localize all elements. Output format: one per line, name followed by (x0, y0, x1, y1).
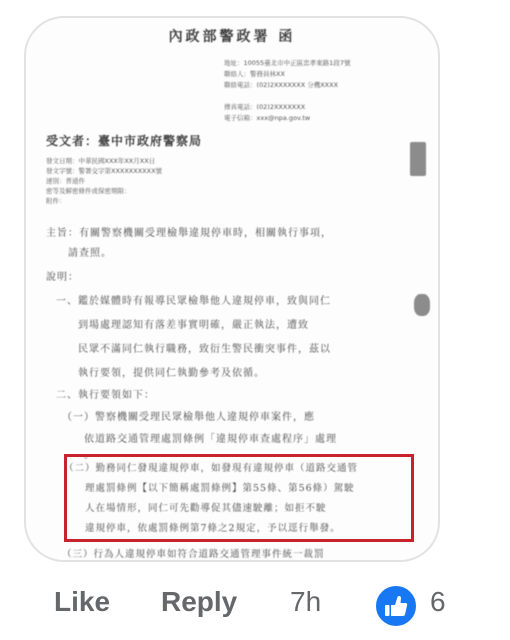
blank-line (224, 91, 350, 102)
meta-line: 速別：普通件 (46, 176, 162, 186)
item-two-sub3-line: （三）行為人違規停車如符合道路交通管理事件統一裁罰 (62, 546, 325, 560)
attached-document-photo[interactable]: 內政部警政署 函 地址：10055臺北市中正區忠孝東路1段7號 聯絡人：警務員林… (24, 16, 440, 562)
item-one-line: 民眾不滿同仁執行職務，致衍生警民衝突事件，茲以 (56, 340, 331, 355)
address-block: 地址：10055臺北市中正區忠孝東路1段7號 聯絡人：警務員林XX 聯絡電話：(… (224, 58, 350, 124)
comment-actions: Like Reply 7h 6 (0, 582, 510, 628)
seal-stamp-icon (414, 294, 430, 316)
explanation-label: 說明： (46, 268, 79, 283)
reaction-count[interactable]: 6 (430, 586, 446, 618)
like-button[interactable]: Like (54, 586, 110, 618)
recipient-line: 受文者：臺中市政府警察局 (46, 132, 202, 149)
meta-line: 發文日期：中華民國XXX年XX月XX日 (46, 156, 162, 166)
document-title: 內政部警政署 函 (26, 26, 438, 46)
subject-line: 主旨：有關警察機關受理檢舉違規停車時，相關執行事項， (46, 224, 332, 239)
thumbs-up-icon[interactable] (374, 584, 418, 628)
item-one-line: 到場處理認知有落差事實明確，嚴正執法，遭致 (56, 316, 309, 331)
document-meta: 發文日期：中華民國XXX年XX月XX日 發文字號：警署交字第XXXXXXXXXX… (46, 156, 162, 206)
red-highlight-box (64, 454, 414, 542)
item-one-line: 執行要領，提供同仁執勤參考及依循。 (56, 364, 265, 379)
phone-line: 聯絡電話：(02)2XXXXXXX 分機XXXX (224, 80, 350, 91)
fax-line: 傳真電話：(02)2XXXXXXX (224, 102, 350, 113)
item-two-sub-line: （一）警察機關受理民眾檢舉他人違規停車案件，應 (62, 408, 315, 423)
meta-line: 密等及解密條件或保密期限： (46, 186, 162, 196)
item-two-label: 二、執行要領如下： (56, 386, 155, 401)
seal-stamp-icon (410, 142, 426, 176)
meta-line: 發文字號：警署交字第XXXXXXXXXX號 (46, 166, 162, 176)
item-one-line: 一、鑑於媒體時有報導民眾檢舉他人違規停車，致與同仁 (56, 292, 331, 307)
contact-line: 聯絡人：警務員林XX (224, 69, 350, 80)
email-line: 電子信箱：xxx@npa.gov.tw (224, 113, 350, 124)
reply-button[interactable]: Reply (161, 586, 237, 618)
item-two-sub-line: 依道路交通管理處罰條例「違規停車查處程序」處理 (62, 430, 337, 445)
timestamp[interactable]: 7h (290, 586, 321, 618)
meta-line: 附件： (46, 196, 162, 206)
address-line: 地址：10055臺北市中正區忠孝東路1段7號 (224, 58, 350, 69)
subject-line: 請查照。 (46, 244, 112, 259)
